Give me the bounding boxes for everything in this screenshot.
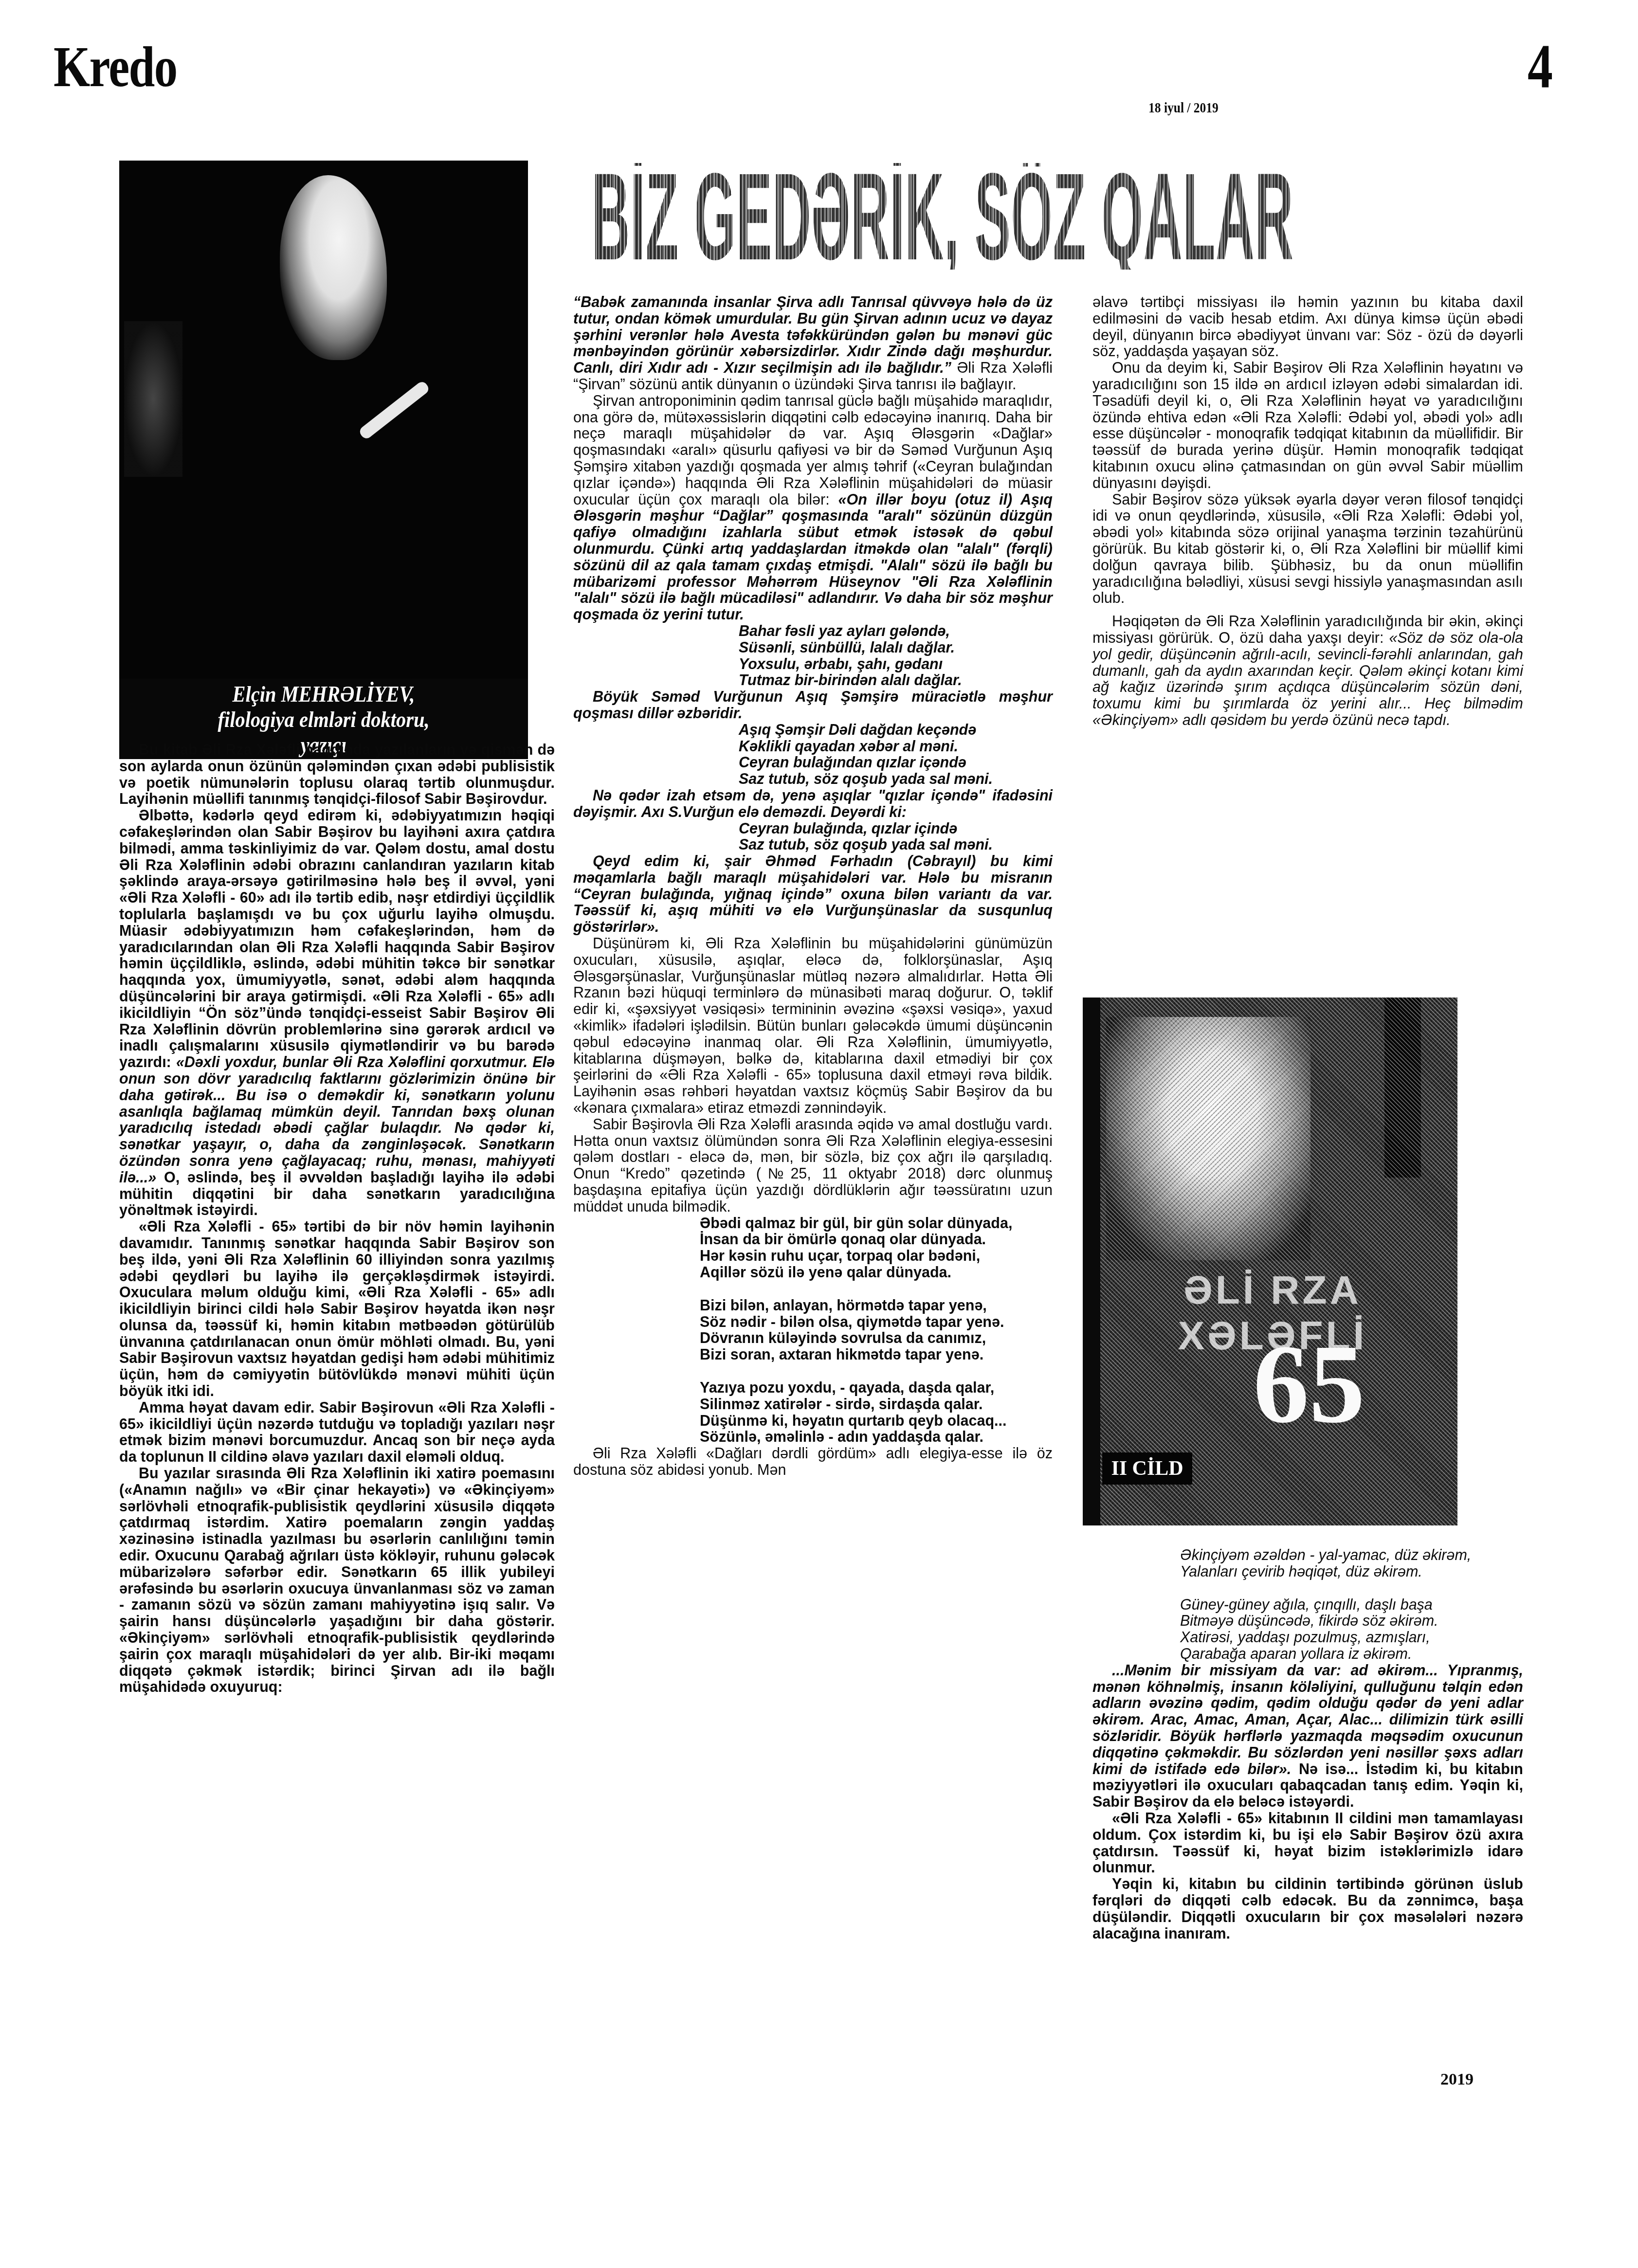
verse-line: Aqillər sözü ilə yenə qalar dünyada. (573, 1265, 1053, 1281)
verse-line: Aşıq Şəmşir Dəli dağdan keçəndə (573, 722, 1053, 739)
stanza-gap (573, 1281, 1053, 1298)
article-column-2: “Babək zamanında insanlar Şirva adlı Tan… (573, 294, 1053, 1479)
verse-line: Əkinçiyəm əzəldən - yal-yamac, düz əkirə… (1092, 1547, 1523, 1564)
verse-line: Bitməyə düşüncədə, fikirdə söz əkirəm. (1092, 1613, 1523, 1630)
paragraph: ...Mənim bir missiyam da var: ad əkirəm.… (1092, 1663, 1523, 1811)
paragraph: Sabir Bəşirov sözə yüksək əyarla dəyər v… (1092, 492, 1523, 607)
volume-label: II CİLD (1102, 1452, 1192, 1485)
verse-line: Yazıya pozu yoxdu, - qayada, daşda qalar… (573, 1380, 1053, 1397)
verse-line: Kəklikli qayadan xəbər al məni. (573, 739, 1053, 755)
verse-line: Söz nədir - bilən olsa, qiymətdə tapar y… (573, 1314, 1053, 1331)
closing-year: 2019 (1440, 2070, 1474, 2089)
verse-line: Düşünmə ki, həyatın qurtarıb qeyb olacaq… (573, 1413, 1053, 1430)
author-portrait-photo (119, 161, 528, 679)
verse-line: Dövranın küləyində sovrulsa da canımız, (573, 1330, 1053, 1347)
verse-line: Bahar fəsli yaz ayları gələndə, (573, 623, 1053, 640)
book-spine (1083, 998, 1100, 1525)
photo-face-shape (280, 175, 387, 360)
verse-line: Saz tutub, söz qoşub yada sal məni. (573, 771, 1053, 788)
verse-line: Silinməz xatirələr - sirdə, sirdaşda qal… (573, 1397, 1053, 1413)
paragraph: Amma həyat davam edir. Sabir Bəşirovun «… (119, 1400, 555, 1466)
verse-line: Saz tutub, söz qoşub yada sal məni. (573, 837, 1053, 853)
verse-line: Yoxsulu, ərbabı, şahı, gədanı (573, 656, 1053, 673)
verse-line: Tutmaz bir-birindən alalı dağlar. (573, 672, 1053, 689)
verse-line: Yalanları çevirib həqiqət, düz əkirəm. (1092, 1564, 1523, 1580)
paragraph: əlavə tərtibçi missiyası ilə həmin yazın… (1092, 294, 1523, 360)
headline-text: BİZ GEDƏRİK, SÖZ QALAR (591, 163, 1294, 270)
paragraph: «Əli Rza Xələfli - 65» kitabının II cild… (1092, 1811, 1523, 1876)
verse-line: Süsənli, sünbüllü, lalalı dağlar. (573, 640, 1053, 656)
verse-line: Bizi soran, axtaran hikmətdə tapar yenə. (573, 1347, 1053, 1363)
issue-date: 18 iyul / 2019 (1148, 100, 1219, 116)
stanza-gap (573, 1363, 1053, 1380)
paragraph: Bu yazılar sırasında Əli Rza Xələflinin … (119, 1466, 555, 1696)
paragraph: “Babək zamanında insanlar Şirva adlı Tan… (573, 294, 1053, 393)
verse-line: Bizi bilən, anlayan, hörmətdə tapar yenə… (573, 1298, 1053, 1314)
paragraph: Əlbəttə, kədərlə qeyd edirəm ki, ədəbiyy… (119, 808, 555, 1219)
stanza-gap (1092, 1580, 1523, 1597)
verse-line: Güney-güney ağıla, çınqıllı, daşlı başa (1092, 1597, 1523, 1614)
author-name: Elçin MEHRƏLİYEV, (144, 682, 503, 707)
paragraph: Onu da deyim ki, Sabir Bəşirov Əli Rza X… (1092, 360, 1523, 491)
photo-shoulder-shape (124, 321, 182, 477)
paragraph: Yəqin ki, kitabın bu cildinin tərtibində… (1092, 1876, 1523, 1942)
verse-line: Sözünlə, əməlinlə - adın yaddaşda qalar. (573, 1429, 1053, 1446)
quote: ...Mənim bir missiyam da var: ad əkirəm.… (1092, 1662, 1523, 1778)
article-column-1: Bu kitab Əli Rza Xələfli haqqında yazıla… (119, 742, 555, 1696)
paragraph: Nə qədər izah etsəm də, yenə aşıqlar "qı… (573, 788, 1053, 821)
paragraph: Böyük Səməd Vurğunun Aşıq Şəmşirə müraci… (573, 689, 1053, 722)
paragraph: Bu kitab Əli Rza Xələfli haqqında yazıla… (119, 742, 555, 808)
book-cover-image: ƏLİ RZA XƏLƏFLİ 65 II CİLD (1083, 998, 1457, 1525)
verse-line: Ceyran bulağında, qızlar içində (573, 821, 1053, 837)
paragraph: Qeyd edim ki, şair Əhməd Fərhadın (Cəbra… (573, 853, 1053, 936)
print-grain-texture (1083, 998, 1457, 1525)
paragraph: Həqiqətən də Əli Rza Xələflinin yaradıcı… (1092, 614, 1523, 729)
author-title: filologiya elmləri doktoru, (144, 707, 503, 732)
photo-hand-shape (358, 380, 431, 440)
verse-line: Əbədi qalmaz bir gül, bir gün solar düny… (573, 1216, 1053, 1232)
quote: «On illər boyu (otuz il) Aşıq Ələsgərin … (573, 491, 1053, 623)
verse-line: Hər kəsin ruhu uçar, torpaq olar bədəni, (573, 1248, 1053, 1265)
verse-line: Xatirəsi, yaddaşı pozulmuş, azmışları, (1092, 1630, 1523, 1646)
article-column-3: əlavə tərtibçi missiyası ilə həmin yazın… (1092, 294, 1523, 729)
article-headline: BİZ GEDƏRİK, SÖZ QALAR (591, 163, 1555, 268)
paragraph: Əli Rza Xələfli «Dağları dərdli gördüm» … (573, 1446, 1053, 1479)
paragraph: Sabir Bəşirovla Əli Rza Xələfli arasında… (573, 1117, 1053, 1216)
article-column-3-continued: Əkinçiyəm əzəldən - yal-yamac, düz əkirə… (1092, 1547, 1523, 1942)
verse-line: Qarabağa aparan yollara iz əkirəm. (1092, 1646, 1523, 1663)
book-cover-number: 65 (1253, 1328, 1365, 1440)
paragraph: Şirvan antroponiminin qədim tanrısal güc… (573, 393, 1053, 623)
verse-line: İnsan da bir ömürlə qonaq olar dünyada. (573, 1232, 1053, 1248)
quote: «Dəxli yoxdur, bunlar Əli Rza Xələflini … (119, 1054, 555, 1186)
paragraph: Düşünürəm ki, Əli Rza Xələflinin bu müşa… (573, 936, 1053, 1117)
paragraph: «Əli Rza Xələfli - 65» tərtibi də bir nö… (119, 1219, 555, 1400)
page-number: 4 (1528, 30, 1553, 103)
newspaper-masthead: Kredo (54, 34, 177, 100)
verse-line: Ceyran bulağından qızlar içəndə (573, 755, 1053, 771)
